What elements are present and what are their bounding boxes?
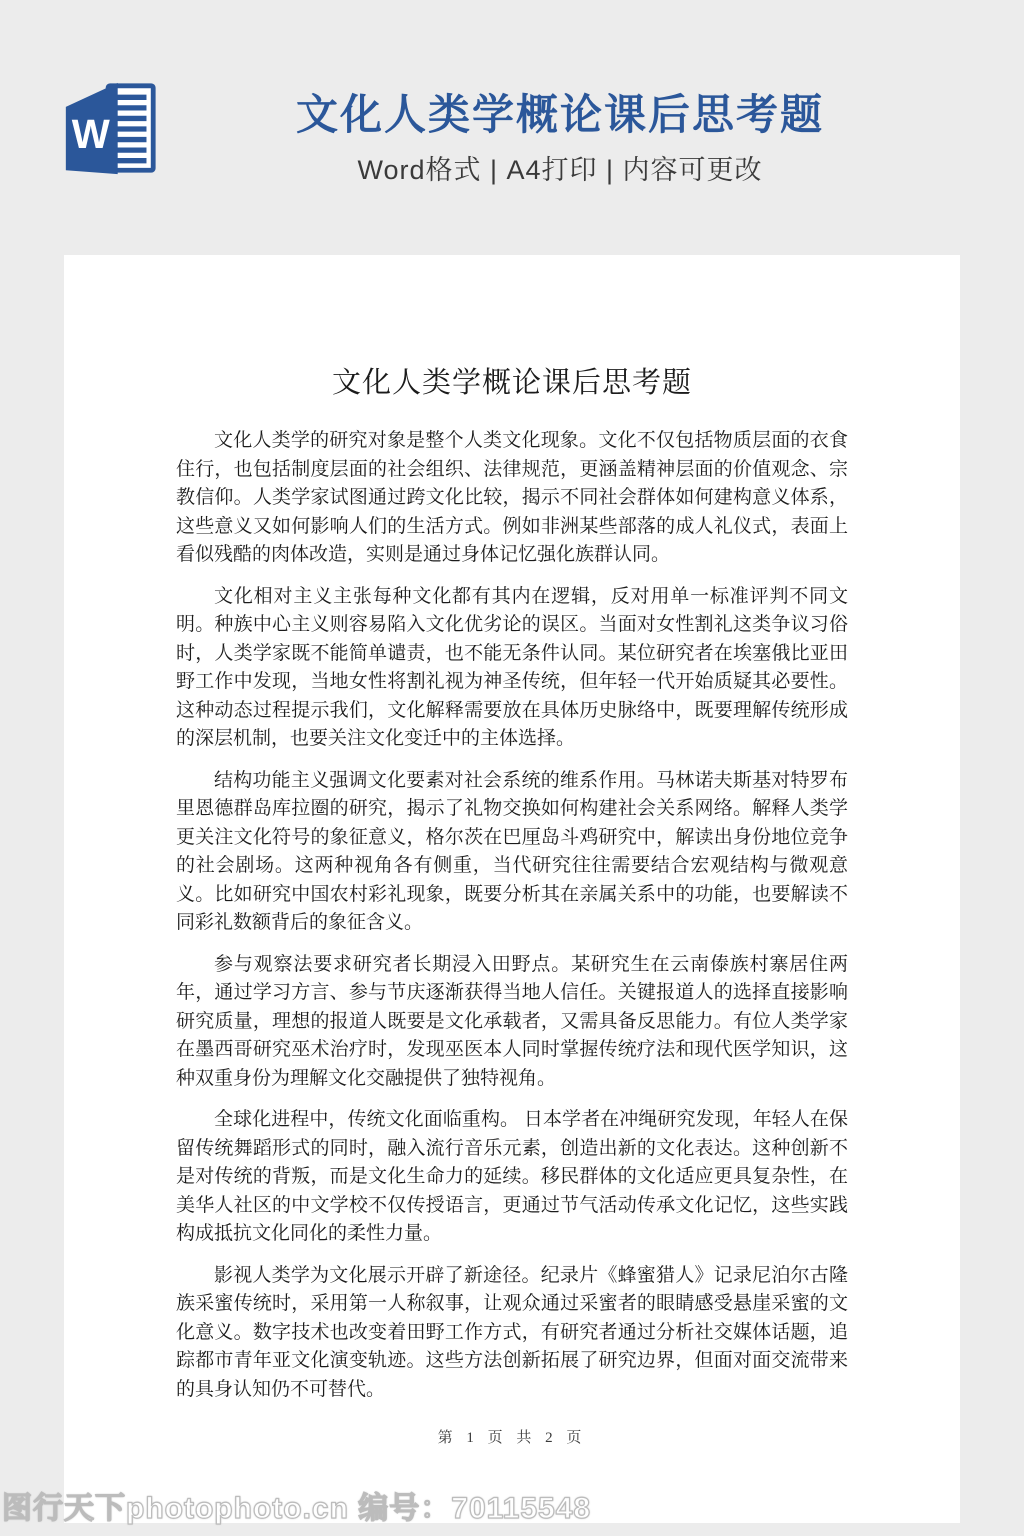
word-letter: W: [72, 111, 111, 157]
word-document-icon: W: [62, 78, 158, 180]
document-paragraph-5: 全球化进程中，传统文化面临重构。 日本学者在冲绳研究发现，年轻人在保留传统舞蹈形…: [176, 1106, 848, 1249]
header-text: 文化人类学概论课后思考题 Word格式 | A4打印 | 内容可更改: [96, 0, 1024, 185]
document-paragraph-3: 结构功能主义强调文化要素对社会系统的维系作用。马林诺夫斯基对特罗布里恩德群岛库拉…: [176, 767, 848, 938]
document-paragraph-1: 文化人类学的研究对象是整个人类文化现象。文化不仅包括物质层面的衣食住行，也包括制…: [176, 427, 848, 570]
document-paragraph-2: 文化相对主义主张每种文化都有其内在逻辑，反对用单一标准评判不同文明。种族中心主义…: [176, 583, 848, 754]
document-paragraph-6: 影视人类学为文化展示开辟了新途径。纪录片《蜂蜜猎人》记录尼泊尔古隆族采蜜传统时，…: [176, 1262, 848, 1405]
site-watermark: 图行天下photophoto.cn 编号：70115548: [2, 1483, 591, 1527]
template-subtitle: Word格式 | A4打印 | 内容可更改: [96, 155, 1024, 185]
document-page: 文化人类学概论课后思考题 文化人类学的研究对象是整个人类文化现象。文化不仅包括物…: [64, 255, 960, 1523]
document-title: 文化人类学概论课后思考题: [176, 365, 848, 401]
page-number-footer: 第 1 页 共 2 页: [176, 1426, 848, 1447]
word-icon: W: [62, 78, 158, 180]
template-title: 文化人类学概论课后思考题: [96, 92, 1024, 138]
page-background: W 文化人类学概论课后思考题 Word格式 | A4打印 | 内容可更改 文化人…: [0, 0, 1024, 1536]
header: W 文化人类学概论课后思考题 Word格式 | A4打印 | 内容可更改: [0, 0, 1024, 256]
document-paragraph-4: 参与观察法要求研究者长期浸入田野点。某研究生在云南傣族村寨居住两年，通过学习方言…: [176, 951, 848, 1094]
